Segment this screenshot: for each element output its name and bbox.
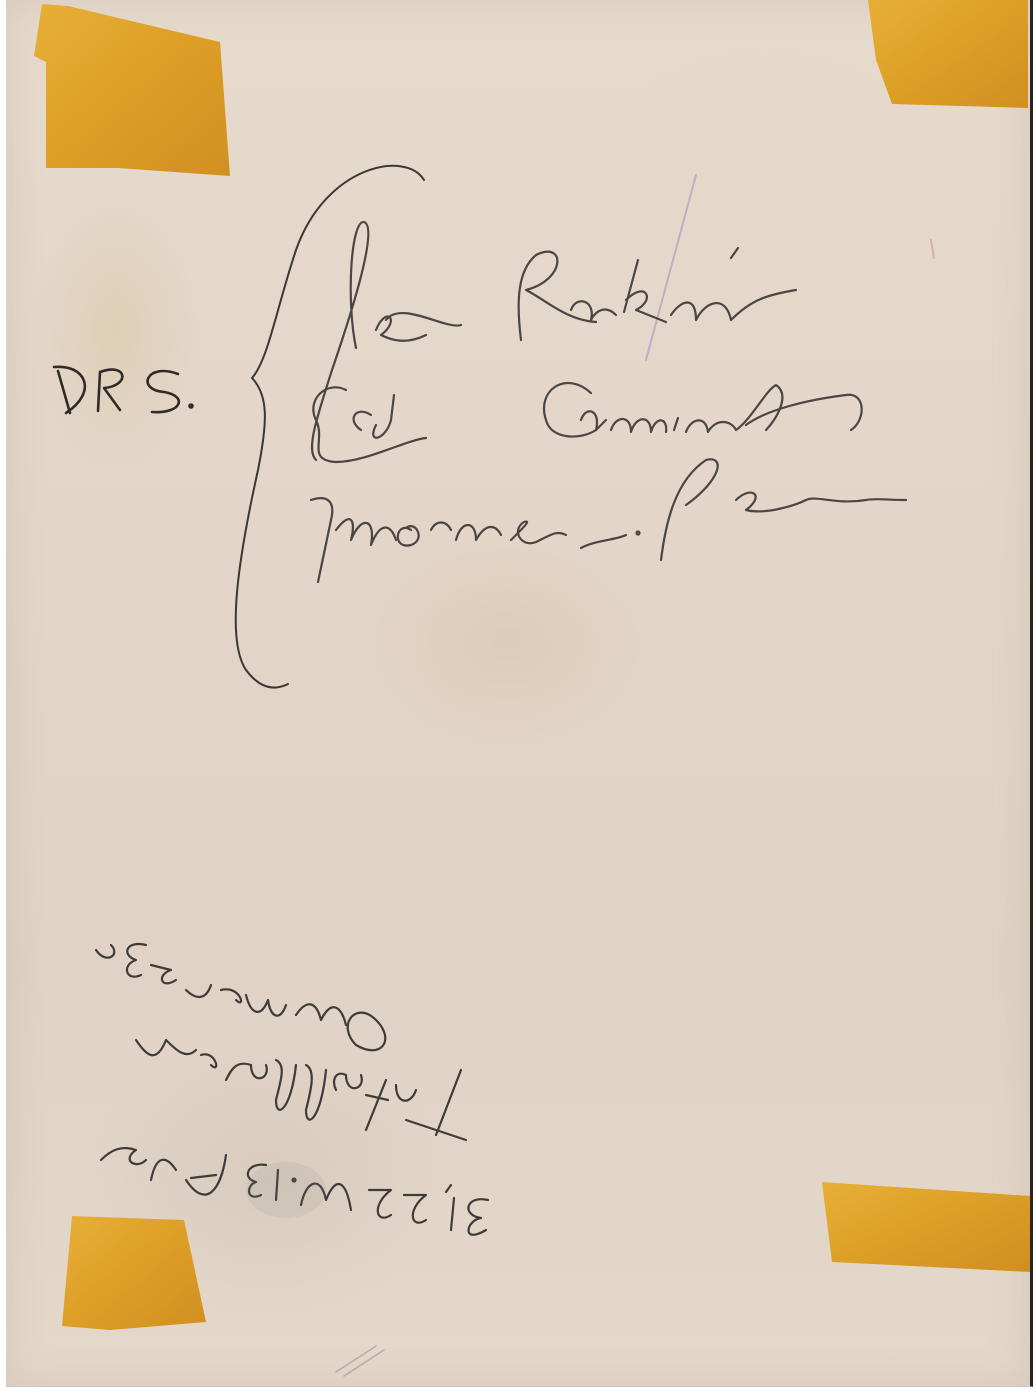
pink-mark [931, 240, 934, 258]
curly-brace [236, 166, 424, 688]
purple-mark [646, 175, 696, 360]
name-joe-raskin-handwriting [312, 222, 796, 460]
drs-label-handwriting [54, 367, 193, 413]
handwriting-layer [6, 0, 1036, 1395]
pencil-scuff [336, 1346, 384, 1376]
photo-back-card: DR.S. Joe Raskin Ed Carmine Morrie Penn … [6, 0, 1033, 1387]
name-ed-carmine-handwriting [313, 383, 861, 462]
name-morrie-penn-handwriting [311, 459, 906, 582]
graphite-smudge [246, 1162, 326, 1218]
